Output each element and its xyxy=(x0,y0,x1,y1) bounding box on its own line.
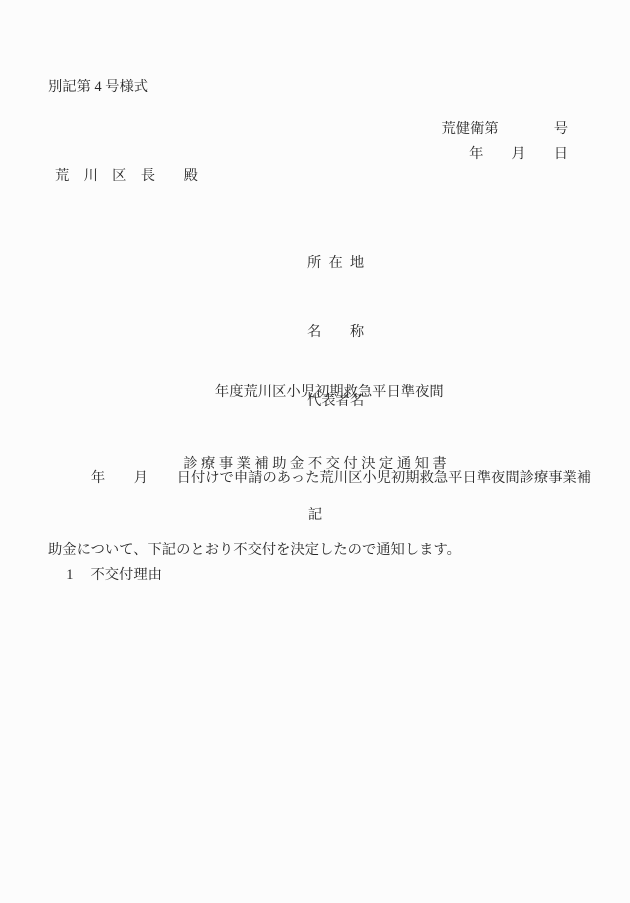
list-item-number: 1 xyxy=(66,567,73,583)
date-day-label: 日 xyxy=(554,146,568,162)
document-page: 別記第 4 号様式 荒健衛第号 年月日 荒 川 区 長 殿 所 在 地 名 称 … xyxy=(0,0,630,903)
form-number: 別記第 4 号様式 xyxy=(48,76,148,96)
date-year-label: 年 xyxy=(469,146,483,162)
date-month-label: 月 xyxy=(511,146,525,162)
document-title-line1: 年度荒川区小児初期救急平日準夜間 xyxy=(0,380,630,404)
applicant-address-label: 所 在 地 xyxy=(307,252,364,275)
list-item: 1不交付理由 xyxy=(52,547,162,601)
date-line: 年月日 xyxy=(455,126,568,180)
notice-marker: 記 xyxy=(0,504,630,524)
body-paragraph-line1: 年 月 日付けで申請のあった荒川区小児初期救急平日準夜間診療事業補 xyxy=(48,466,591,490)
addressee-line: 荒 川 区 長 殿 xyxy=(55,165,198,185)
list-item-label: 不交付理由 xyxy=(90,567,161,583)
